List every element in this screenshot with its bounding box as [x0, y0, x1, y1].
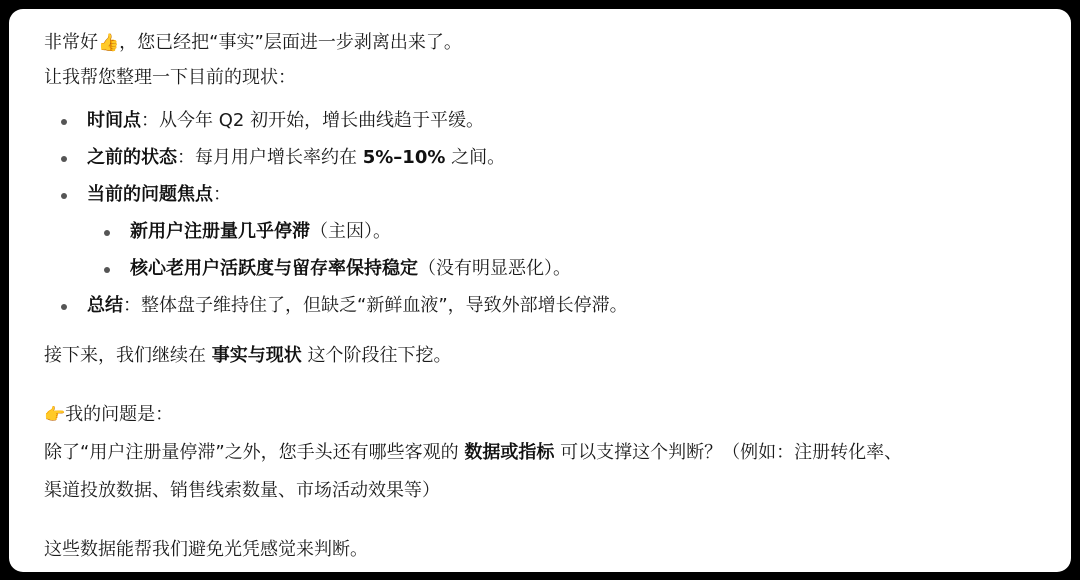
pointing-hand-icon: 👉 — [44, 405, 65, 425]
lead-line: 让我帮您整理一下目前的现状： — [44, 66, 296, 90]
closing-line: 这些数据能帮我们避免光凭感觉来判断。 — [44, 538, 368, 562]
bullet-dot — [61, 193, 67, 199]
sub-bullet-bold: 核心老用户活跃度与留存率保持稳定 — [130, 258, 418, 279]
bullet-dot — [61, 119, 67, 125]
question-text: 除了“用户注册量停滞”之外，您手头还有哪些客观的 — [44, 442, 464, 463]
question-header: 👉我的问题是： — [44, 403, 173, 427]
intro-text: 非常好 — [44, 32, 98, 53]
question-bold: 数据或指标 — [464, 442, 554, 463]
bullet-label: 之前的状态 — [87, 147, 177, 168]
sub-bullet-text: （没有明显恶化）。 — [418, 258, 571, 279]
sep: ： — [141, 110, 159, 131]
bullet-summary: 总结：整体盘子维持住了，但缺乏“新鲜血液”，导致外部增长停滞。 — [87, 294, 628, 318]
thumbs-up-icon: 👍 — [98, 33, 119, 53]
question-text-end: 可以支撑这个判断？（例如：注册转化率、 — [554, 442, 902, 463]
sub-bullet-new-users: 新用户注册量几乎停滞（主因）。 — [130, 220, 391, 244]
bullet-label: 总结 — [87, 295, 123, 316]
next-step-line: 接下来，我们继续在 事实与现状 这个阶段往下挖。 — [44, 344, 451, 368]
bullet-text: 从今年 Q2 初开始，增长曲线趋于平缓。 — [159, 110, 484, 131]
bullet-dot — [61, 304, 67, 310]
next-bold: 事实与现状 — [212, 345, 302, 366]
question-line-1: 除了“用户注册量停滞”之外，您手头还有哪些客观的 数据或指标 可以支撑这个判断？… — [44, 441, 902, 465]
sub-bullet-core-users: 核心老用户活跃度与留存率保持稳定（没有明显恶化）。 — [130, 257, 571, 281]
chat-message-card: 非常好👍，您已经把“事实”层面进一步剥离出来了。 让我帮您整理一下目前的现状： … — [9, 9, 1071, 572]
intro-text-2: ，您已经把“事实”层面进一步剥离出来了。 — [119, 32, 462, 53]
growth-range: 5%–10% — [363, 147, 446, 168]
bullet-text: 整体盘子维持住了，但缺乏“新鲜血液”，导致外部增长停滞。 — [141, 295, 628, 316]
bullet-time: 时间点：从今年 Q2 初开始，增长曲线趋于平缓。 — [87, 109, 484, 133]
bullet-text: 每月用户增长率约在 — [195, 147, 363, 168]
bullet-text-end: 之间。 — [445, 147, 505, 168]
sub-bullet-dot — [104, 267, 110, 273]
bullet-dot — [61, 156, 67, 162]
next-text: 接下来，我们继续在 — [44, 345, 212, 366]
bullet-label: 时间点 — [87, 110, 141, 131]
sub-bullet-text: （主因）。 — [310, 221, 391, 242]
sep: ： — [213, 184, 231, 205]
bullet-focus: 当前的问题焦点： — [87, 183, 231, 207]
sep: ： — [123, 295, 141, 316]
sub-bullet-bold: 新用户注册量几乎停滞 — [130, 221, 310, 242]
sep: ： — [177, 147, 195, 168]
question-header-text: 我的问题是： — [65, 404, 173, 425]
next-text-end: 这个阶段往下挖。 — [302, 345, 452, 366]
sub-bullet-dot — [104, 230, 110, 236]
bullet-previous-state: 之前的状态：每月用户增长率约在 5%–10% 之间。 — [87, 146, 505, 170]
question-line-2: 渠道投放数据、销售线索数量、市场活动效果等） — [44, 479, 440, 503]
intro-line: 非常好👍，您已经把“事实”层面进一步剥离出来了。 — [44, 31, 462, 55]
bullet-label: 当前的问题焦点 — [87, 184, 213, 205]
